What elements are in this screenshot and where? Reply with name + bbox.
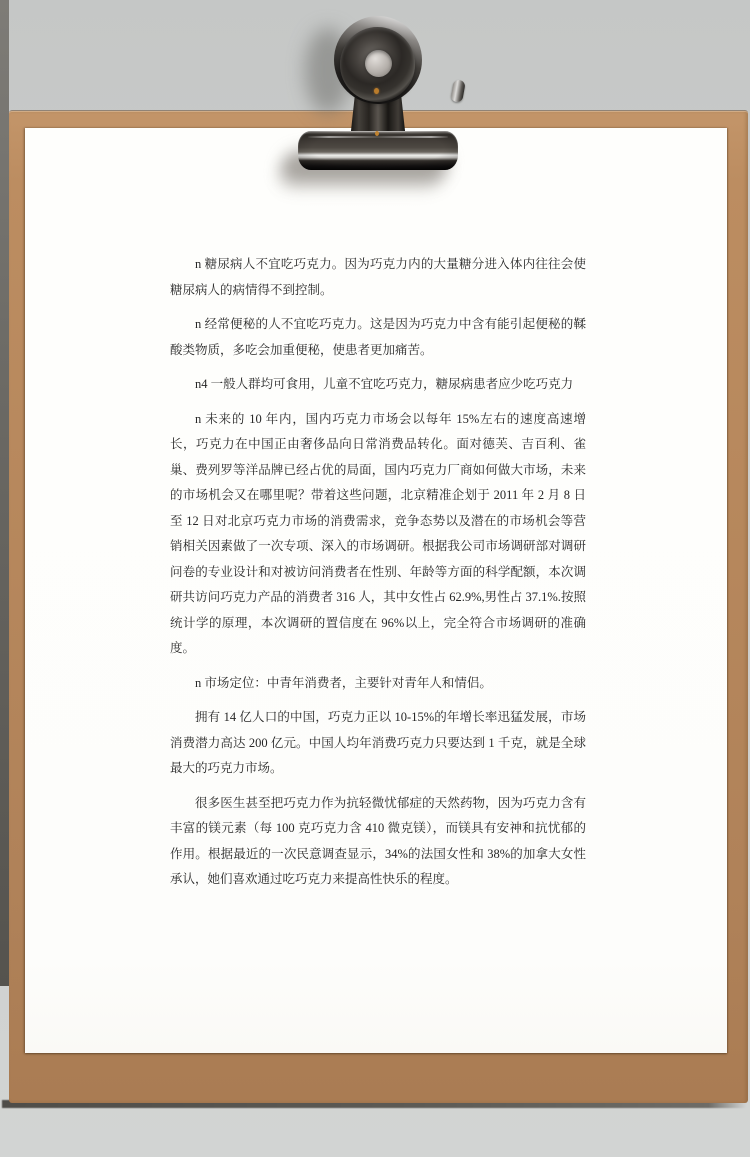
paragraph: n 未来的 10 年内，国内巧克力市场会以每年 15%左右的速度高速增长，巧克力… xyxy=(170,407,586,662)
paragraph: 拥有 14 亿人口的中国，巧克力正以 10-15%的年增长率迅猛发展，市场消费潜… xyxy=(170,705,586,782)
clipboard-left-edge-shadow xyxy=(0,0,9,986)
paragraph: n 经常便秘的人不宜吃巧克力。这是因为巧克力中含有能引起便秘的鞣酸类物质，多吃会… xyxy=(170,312,586,363)
paragraph: n 糖尿病人不宜吃巧克力。因为巧克力内的大量糖分进入体内往往会使糖尿病人的病情得… xyxy=(170,252,586,303)
clip-screw-dot xyxy=(375,131,379,136)
clip-hanging-hole xyxy=(365,50,392,77)
paragraph: n4 一般人群均可食用，儿童不宜吃巧克力，糖尿病患者应少吃巧克力 xyxy=(170,372,586,398)
document-body: n 糖尿病人不宜吃巧克力。因为巧克力内的大量糖分进入体内往往会使糖尿病人的病情得… xyxy=(170,252,586,902)
paragraph: 很多医生甚至把巧克力作为抗轻微忧郁症的天然药物，因为巧克力含有丰富的镁元素（每 … xyxy=(170,791,586,893)
paragraph: n 市场定位：中青年消费者，主要针对青年人和情侣。 xyxy=(170,671,586,697)
scene: n 糖尿病人不宜吃巧克力。因为巧克力内的大量糖分进入体内往往会使糖尿病人的病情得… xyxy=(0,0,750,1157)
clipboard-board: n 糖尿病人不宜吃巧克力。因为巧克力内的大量糖分进入体内往往会使糖尿病人的病情得… xyxy=(9,110,748,1103)
clip-reflection-glint xyxy=(374,88,379,94)
document-page: n 糖尿病人不宜吃巧克力。因为巧克力内的大量糖分进入体内往往会使糖尿病人的病情得… xyxy=(25,128,727,1053)
clip-clamp-bar xyxy=(298,131,458,170)
